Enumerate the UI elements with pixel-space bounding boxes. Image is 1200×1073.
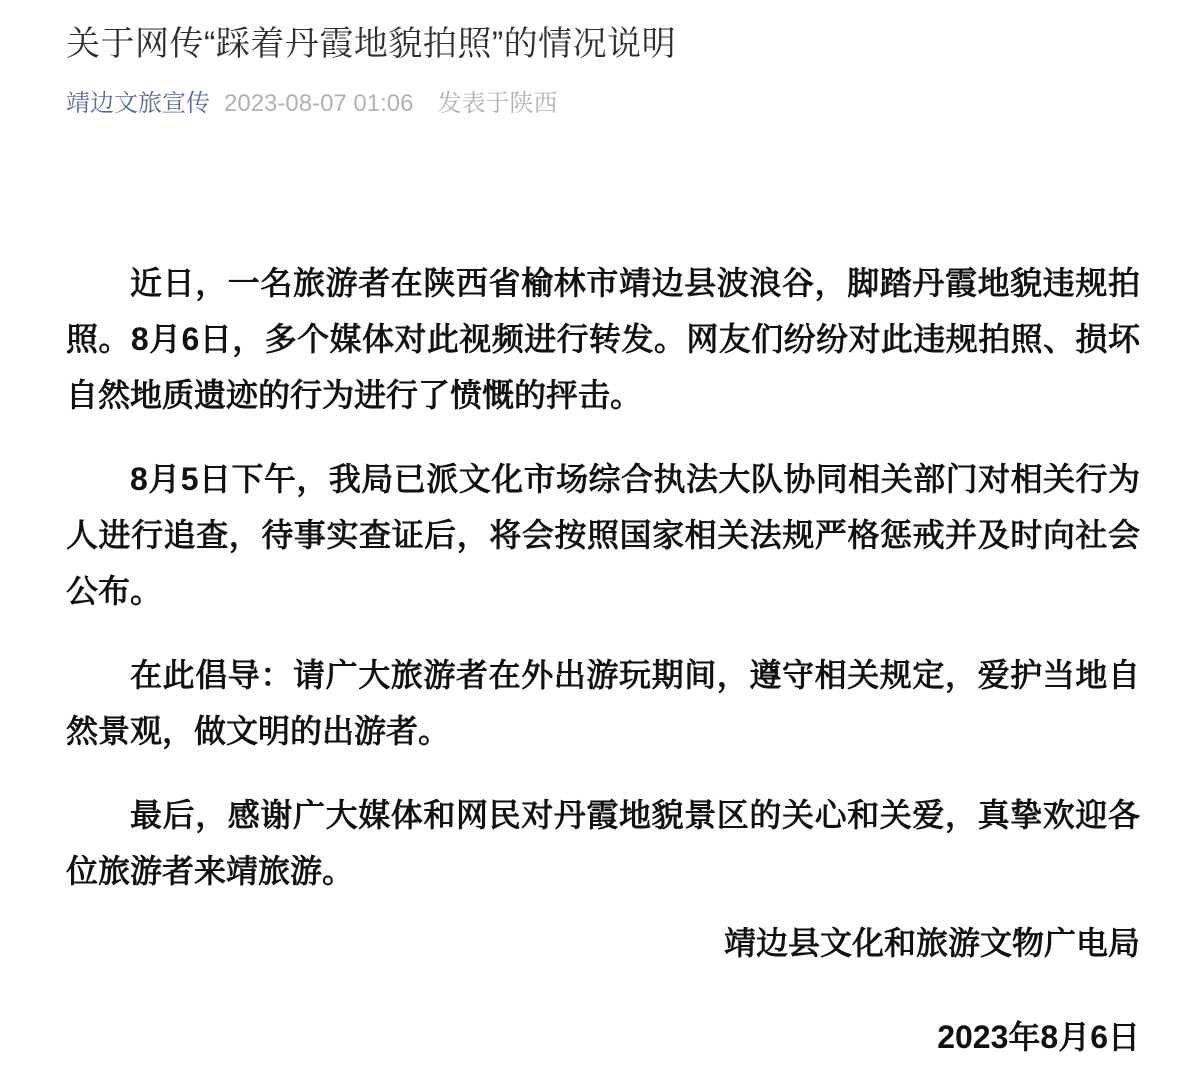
article-page: 关于网传“踩着丹霞地貌拍照”的情况说明 靖边文旅宣传 2023-08-07 01… (0, 0, 1200, 1073)
body-paragraph: 最后，感谢广大媒体和网民对丹霞地貌景区的关心和关爱，真挚欢迎各位旅游者来靖旅游。 (66, 787, 1140, 899)
article-title: 关于网传“踩着丹霞地貌拍照”的情况说明 (66, 20, 1140, 69)
publish-datetime: 2023-08-07 01:06 (224, 89, 414, 119)
signature-date: 2023年8月6日 (66, 1009, 1140, 1065)
body-paragraph: 在此倡导：请广大旅游者在外出游玩期间，遵守相关规定，爱护当地自然景观，做文明的出… (66, 647, 1140, 759)
signature: 靖边县文化和旅游文物广电局 (66, 915, 1140, 971)
body-paragraph: 近日，一名旅游者在陕西省榆林市靖边县波浪谷，脚踏丹霞地貌违规拍照。8月6日，多个… (66, 255, 1140, 423)
article-meta: 靖边文旅宣传 2023-08-07 01:06 发表于陕西 (66, 89, 1140, 119)
article-body: 近日，一名旅游者在陕西省榆林市靖边县波浪谷，脚踏丹霞地貌违规拍照。8月6日，多个… (66, 255, 1140, 1065)
author-link[interactable]: 靖边文旅宣传 (66, 89, 210, 119)
body-paragraph: 8月5日下午，我局已派文化市场综合执法大队协同相关部门对相关行为人进行追查，待事… (66, 451, 1140, 619)
publish-location: 发表于陕西 (438, 89, 558, 119)
